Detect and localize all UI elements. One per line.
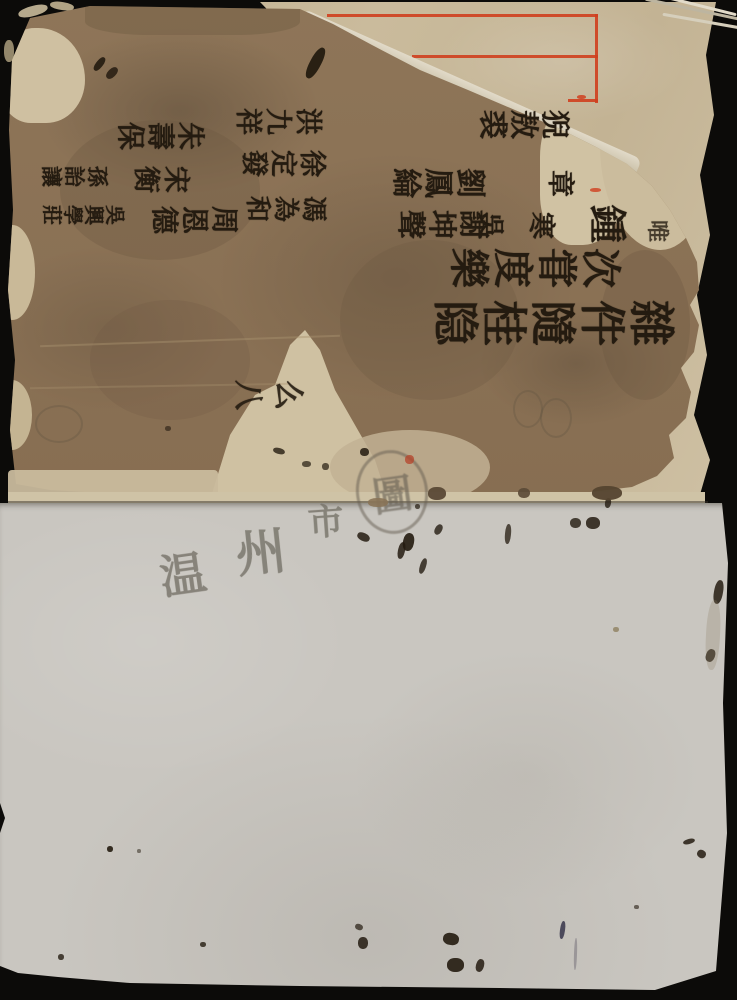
ink-inscription: 章 <box>546 170 573 197</box>
calligraphy-character: 洪 <box>294 108 321 135</box>
speck <box>322 463 329 470</box>
ink-inscription: 謝坤聲 <box>396 210 487 239</box>
ink-inscription: 徐定發 <box>240 150 325 177</box>
calligraphy-character: 唯 <box>645 220 667 242</box>
calligraphy-character: 朱 <box>176 122 204 150</box>
calligraphy-character: 件 <box>579 300 625 346</box>
speck <box>415 504 420 509</box>
faint-handwriting: 温 <box>157 549 209 601</box>
calligraphy-character: 讓 <box>40 166 61 187</box>
calligraphy-character: 學 <box>63 205 83 225</box>
calligraphy-character: 徐 <box>298 150 325 177</box>
speck <box>302 461 311 467</box>
speck <box>586 517 600 529</box>
speck <box>58 954 64 960</box>
calligraphy-character: 衡 <box>132 166 159 193</box>
speck <box>613 627 619 632</box>
scanned-manuscript: 圖 雜件隨桂隐次甞度樂鍾唯猊敖裘章寒吳劉鳳綸謝坤聲洪九祥朱壽保徐定發馮為和宋衡周… <box>0 0 737 1000</box>
calligraphy-character: 馮 <box>300 196 326 222</box>
ink-inscription: 周恩德 <box>150 206 238 234</box>
calligraphy-character: 甞 <box>536 248 576 288</box>
calligraphy-character: 次 <box>580 248 620 288</box>
faint-handwriting: 州 <box>234 526 289 581</box>
speck <box>165 426 171 431</box>
library-seal-character: 圖 <box>368 461 416 523</box>
ink-inscription: 劉鳳綸 <box>390 168 484 198</box>
calligraphy-character: 宋 <box>162 166 189 193</box>
red-frame-line <box>412 55 598 58</box>
calligraphy-character: 詒 <box>63 166 84 187</box>
ink-inscription: 吳興學莊 <box>42 205 125 225</box>
calligraphy-character: 莊 <box>42 205 62 225</box>
speck <box>428 487 446 500</box>
calligraphy-character: 裘 <box>478 110 507 139</box>
speck <box>137 849 141 853</box>
calligraphy-character: 隐 <box>432 300 478 346</box>
ink-inscription: 猊敖裘 <box>478 110 569 139</box>
ink-inscription: 唯 <box>645 220 667 242</box>
ink-inscription: 朱壽保 <box>116 122 204 150</box>
stain <box>90 300 250 420</box>
calligraphy-character: 度 <box>492 248 532 288</box>
calligraphy-character: 發 <box>240 150 267 177</box>
worn-patch <box>0 225 35 320</box>
calligraphy-character: 周 <box>210 206 238 234</box>
speck <box>447 958 464 972</box>
red-frame-line <box>595 14 598 103</box>
calligraphy-character: 祥 <box>234 108 261 135</box>
speck <box>592 486 622 500</box>
calligraphy-character: 隨 <box>530 300 576 346</box>
calligraphy-character: 坤 <box>427 210 456 239</box>
worn-patch <box>0 380 32 450</box>
ink-inscription: 么八 <box>232 380 302 410</box>
calligraphy-character: 恩 <box>180 206 208 234</box>
ink-inscription: 鍾 <box>588 205 626 243</box>
calligraphy-character: 鍾 <box>588 205 626 243</box>
calligraphy-character: 興 <box>84 205 104 225</box>
speck <box>405 455 414 464</box>
calligraphy-character: 為 <box>272 196 298 222</box>
speck <box>634 905 639 909</box>
calligraphy-character: 聲 <box>396 210 425 239</box>
pencil-ring <box>513 390 543 428</box>
ink-inscription: 馮為和 <box>244 196 326 222</box>
ink-inscription: 雜件隨桂隐 <box>432 300 674 346</box>
calligraphy-character: 樂 <box>448 248 488 288</box>
calligraphy-character: 么 <box>272 380 302 410</box>
red-frame-line <box>568 99 598 102</box>
blank-page <box>0 503 732 997</box>
calligraphy-character: 綸 <box>390 168 420 198</box>
calligraphy-character: 鳳 <box>422 168 452 198</box>
calligraphy-character: 桂 <box>481 300 527 346</box>
calligraphy-character: 八 <box>232 380 262 410</box>
calligraphy-character: 德 <box>150 206 178 234</box>
calligraphy-character: 雜 <box>628 300 674 346</box>
calligraphy-character: 九 <box>264 108 291 135</box>
calligraphy-character: 和 <box>244 196 270 222</box>
calligraphy-character: 壽 <box>146 122 174 150</box>
ink-inscription: 寒 <box>527 212 554 239</box>
ink-inscription: 孫詒讓 <box>40 166 107 187</box>
ink-inscription: 宋衡 <box>132 166 189 193</box>
pencil-ring <box>35 405 83 443</box>
speck <box>368 498 388 507</box>
speck <box>358 937 368 949</box>
calligraphy-character: 寒 <box>527 212 554 239</box>
calligraphy-character: 敖 <box>509 110 538 139</box>
red-frame-line <box>327 14 598 17</box>
speck <box>360 448 369 456</box>
calligraphy-character: 孫 <box>86 166 107 187</box>
calligraphy-character: 謝 <box>458 210 487 239</box>
speck <box>4 40 14 62</box>
speck <box>570 518 581 528</box>
ink-inscription: 洪九祥 <box>234 108 321 135</box>
speck <box>590 188 601 192</box>
pencil-ring <box>540 398 572 438</box>
speck <box>200 942 206 947</box>
faint-handwriting: 市 <box>307 504 345 542</box>
speck <box>107 846 113 852</box>
speck <box>518 488 530 498</box>
calligraphy-character: 保 <box>116 122 144 150</box>
calligraphy-character: 章 <box>546 170 573 197</box>
calligraphy-character: 定 <box>269 150 296 177</box>
calligraphy-character: 吳 <box>105 205 125 225</box>
speck <box>577 95 586 99</box>
calligraphy-character: 劉 <box>454 168 484 198</box>
speck <box>50 0 75 11</box>
calligraphy-character: 猊 <box>540 110 569 139</box>
ink-inscription: 次甞度樂 <box>448 248 620 288</box>
